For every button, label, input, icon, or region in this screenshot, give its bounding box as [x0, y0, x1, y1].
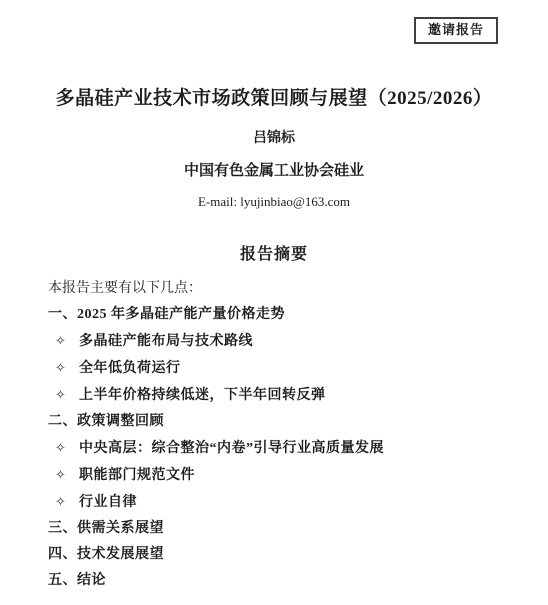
author-name: 吕锦标	[0, 131, 548, 146]
outline-item-text: 五、结论	[48, 573, 106, 588]
invited-report-badge: 邀请报告	[414, 17, 498, 44]
outline-item: ✧上半年价格持续低迷，下半年回转反弹	[55, 382, 548, 409]
outline-item: 二、政策调整回顾	[48, 409, 548, 435]
outline-item: 四、技术发展展望	[48, 542, 548, 568]
diamond-bullet-icon: ✧	[55, 355, 79, 381]
outline-item-text: 二、政策调整回顾	[48, 414, 164, 429]
outline-item-text: 上半年价格持续低迷，下半年回转反弹	[79, 383, 326, 409]
outline-list: 一、2025 年多晶硅产能产量价格走势✧多晶硅产能布局与技术路线✧全年低负荷运行…	[0, 302, 548, 594]
abstract-heading: 报告摘要	[0, 245, 548, 264]
outline-item: 五、结论	[48, 568, 548, 594]
outline-item: ✧中央高层：综合整治“内卷”引导行业高质量发展	[55, 435, 548, 462]
outline-item-text: 三、供需关系展望	[48, 521, 164, 536]
author-email: E-mail: lyujinbiao@163.com	[0, 194, 548, 209]
diamond-bullet-icon: ✧	[55, 435, 79, 461]
outline-item: 一、2025 年多晶硅产能产量价格走势	[48, 302, 548, 328]
outline-item-text: 一、2025 年多晶硅产能产量价格走势	[48, 307, 285, 322]
outline-item: 三、供需关系展望	[48, 516, 548, 542]
outline-item-text: 中央高层：综合整治“内卷”引导行业高质量发展	[79, 436, 384, 462]
outline-item: ✧多晶硅产能布局与技术路线	[55, 328, 548, 355]
outline-item-text: 四、技术发展展望	[48, 547, 164, 562]
outline-item-text: 行业自律	[79, 490, 137, 516]
outline-item: ✧职能部门规范文件	[55, 462, 548, 489]
outline-item-text: 多晶硅产能布局与技术路线	[79, 329, 253, 355]
diamond-bullet-icon: ✧	[55, 489, 79, 515]
outline-item: ✧全年低负荷运行	[55, 355, 548, 382]
abstract-intro: 本报告主要有以下几点：	[48, 276, 548, 302]
diamond-bullet-icon: ✧	[55, 462, 79, 488]
outline-item-text: 职能部门规范文件	[79, 463, 195, 489]
diamond-bullet-icon: ✧	[55, 328, 79, 354]
report-abstract-page: 邀请报告 多晶硅产业技术市场政策回顾与展望（2025/2026） 吕锦标 中国有…	[0, 0, 548, 605]
outline-item-text: 全年低负荷运行	[79, 356, 181, 382]
outline-item: ✧行业自律	[55, 489, 548, 516]
diamond-bullet-icon: ✧	[55, 382, 79, 408]
author-affiliation: 中国有色金属工业协会硅业	[0, 162, 548, 180]
